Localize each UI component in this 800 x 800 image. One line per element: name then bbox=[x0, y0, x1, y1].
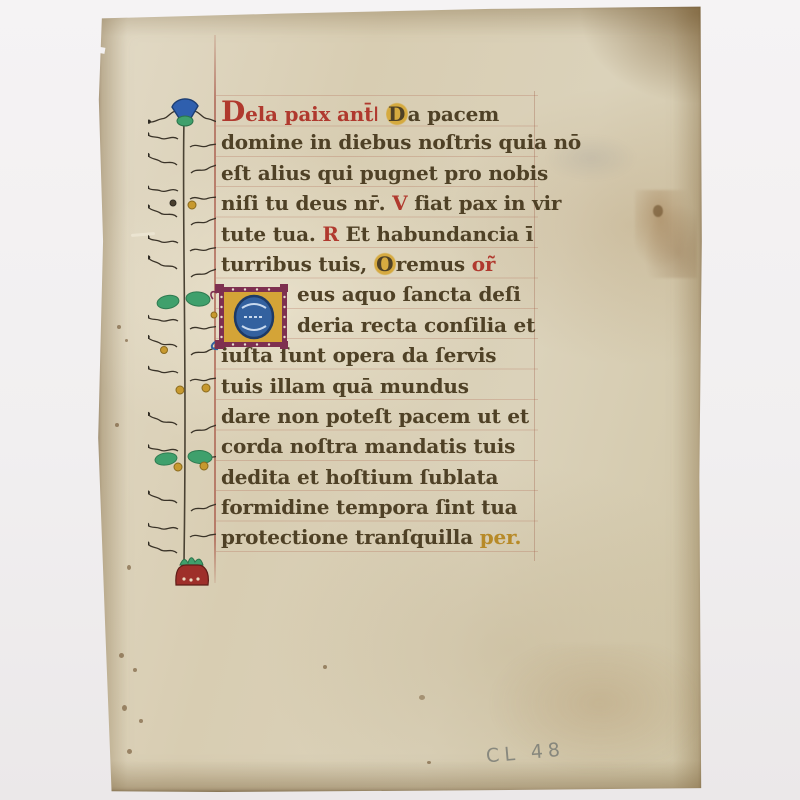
text-line: turribus tuis, Oremus or̃ bbox=[221, 249, 551, 279]
blue-flower-icon bbox=[172, 99, 198, 126]
speck bbox=[122, 705, 127, 711]
manuscript-text: eſt alius qui pugnet pro nobis bbox=[221, 161, 548, 185]
text-line: Dela paix ant̄ǀ Da pacem bbox=[221, 97, 551, 127]
manuscript-text: niſi tu deus nr̄. bbox=[221, 191, 392, 215]
manuscript-text bbox=[379, 102, 386, 126]
rubric-text: D bbox=[221, 95, 245, 128]
manuscript-text: protectione tranſquilla bbox=[221, 525, 480, 549]
speck bbox=[115, 423, 119, 427]
speck bbox=[427, 761, 431, 764]
manuscript-text: domine in diebus noſtris quia nō bbox=[221, 130, 581, 154]
pencil-inscription: CL 48 bbox=[485, 739, 566, 768]
text-line: dare non poteſt pacem ut et bbox=[221, 401, 551, 431]
text-line: eſt alius qui pugnet pro nobis bbox=[221, 158, 551, 188]
manuscript-text: remus bbox=[396, 252, 472, 276]
speck bbox=[127, 565, 131, 570]
rubric-text: or̃ bbox=[472, 252, 495, 276]
green-leaves-icon bbox=[154, 291, 212, 467]
speck bbox=[127, 749, 132, 754]
manuscript-text: V bbox=[392, 191, 407, 215]
manuscript-text: dedita et hoſtium ſublata bbox=[221, 465, 498, 489]
text-line: tuis illam quā mundus bbox=[221, 371, 551, 401]
speck bbox=[139, 719, 143, 723]
red-flower-icon bbox=[176, 558, 209, 585]
stain bbox=[419, 695, 425, 700]
text-line: dedita et hoſtium ſublata bbox=[221, 462, 551, 492]
manuscript-text: deria recta conſilia et bbox=[297, 313, 535, 337]
floral-border-decoration bbox=[148, 95, 216, 591]
stain bbox=[635, 190, 697, 278]
sewing-notch bbox=[95, 46, 106, 54]
rubric-text: ela paix ant̄ bbox=[245, 102, 373, 126]
text-line: corda noſtra mandatis tuis bbox=[221, 431, 551, 461]
text-line: protectione tranſquilla per. bbox=[221, 522, 551, 552]
manuscript-text: tuis illam quā mundus bbox=[221, 374, 469, 398]
text-line: domine in diebus noſtris quia nō bbox=[221, 127, 551, 157]
manuscript-text: R bbox=[322, 222, 338, 246]
text-line: niſi tu deus nr̄. V fiat pax in vir bbox=[221, 188, 551, 218]
border-stem bbox=[184, 119, 185, 563]
manuscript-text: O bbox=[374, 249, 396, 279]
manuscript-leaf: Dela paix ant̄ǀ Da pacemdomine in diebus… bbox=[97, 5, 703, 792]
illuminated-initial-d bbox=[209, 283, 291, 351]
text-line: formidine tempora ſint tua bbox=[221, 492, 551, 522]
stain bbox=[653, 205, 663, 217]
manuscript-text: a pacem bbox=[408, 102, 500, 126]
rubric-text: ǀ bbox=[373, 102, 379, 126]
manuscript-text: turribus tuis, bbox=[221, 252, 374, 276]
speck bbox=[117, 325, 121, 329]
manuscript-text: eus aquo ſancta deſi bbox=[297, 282, 521, 306]
text-line: tute tua. R Et habundancia ī bbox=[221, 219, 551, 249]
manuscript-text: tute tua. bbox=[221, 222, 322, 246]
speck bbox=[119, 653, 124, 658]
manuscript-text: Et habundancia ī bbox=[339, 222, 533, 246]
manuscript-text: formidine tempora ſint tua bbox=[221, 495, 517, 519]
manuscript-text: corda noſtra mandatis tuis bbox=[221, 434, 515, 458]
speck bbox=[323, 665, 327, 669]
manuscript-text: D bbox=[386, 99, 408, 129]
manuscript-text: fiat pax in vir bbox=[407, 191, 561, 215]
speck bbox=[125, 339, 128, 342]
manuscript-text: per. bbox=[480, 525, 522, 549]
manuscript-text: dare non poteſt pacem ut et bbox=[221, 404, 529, 428]
speck bbox=[133, 668, 137, 672]
